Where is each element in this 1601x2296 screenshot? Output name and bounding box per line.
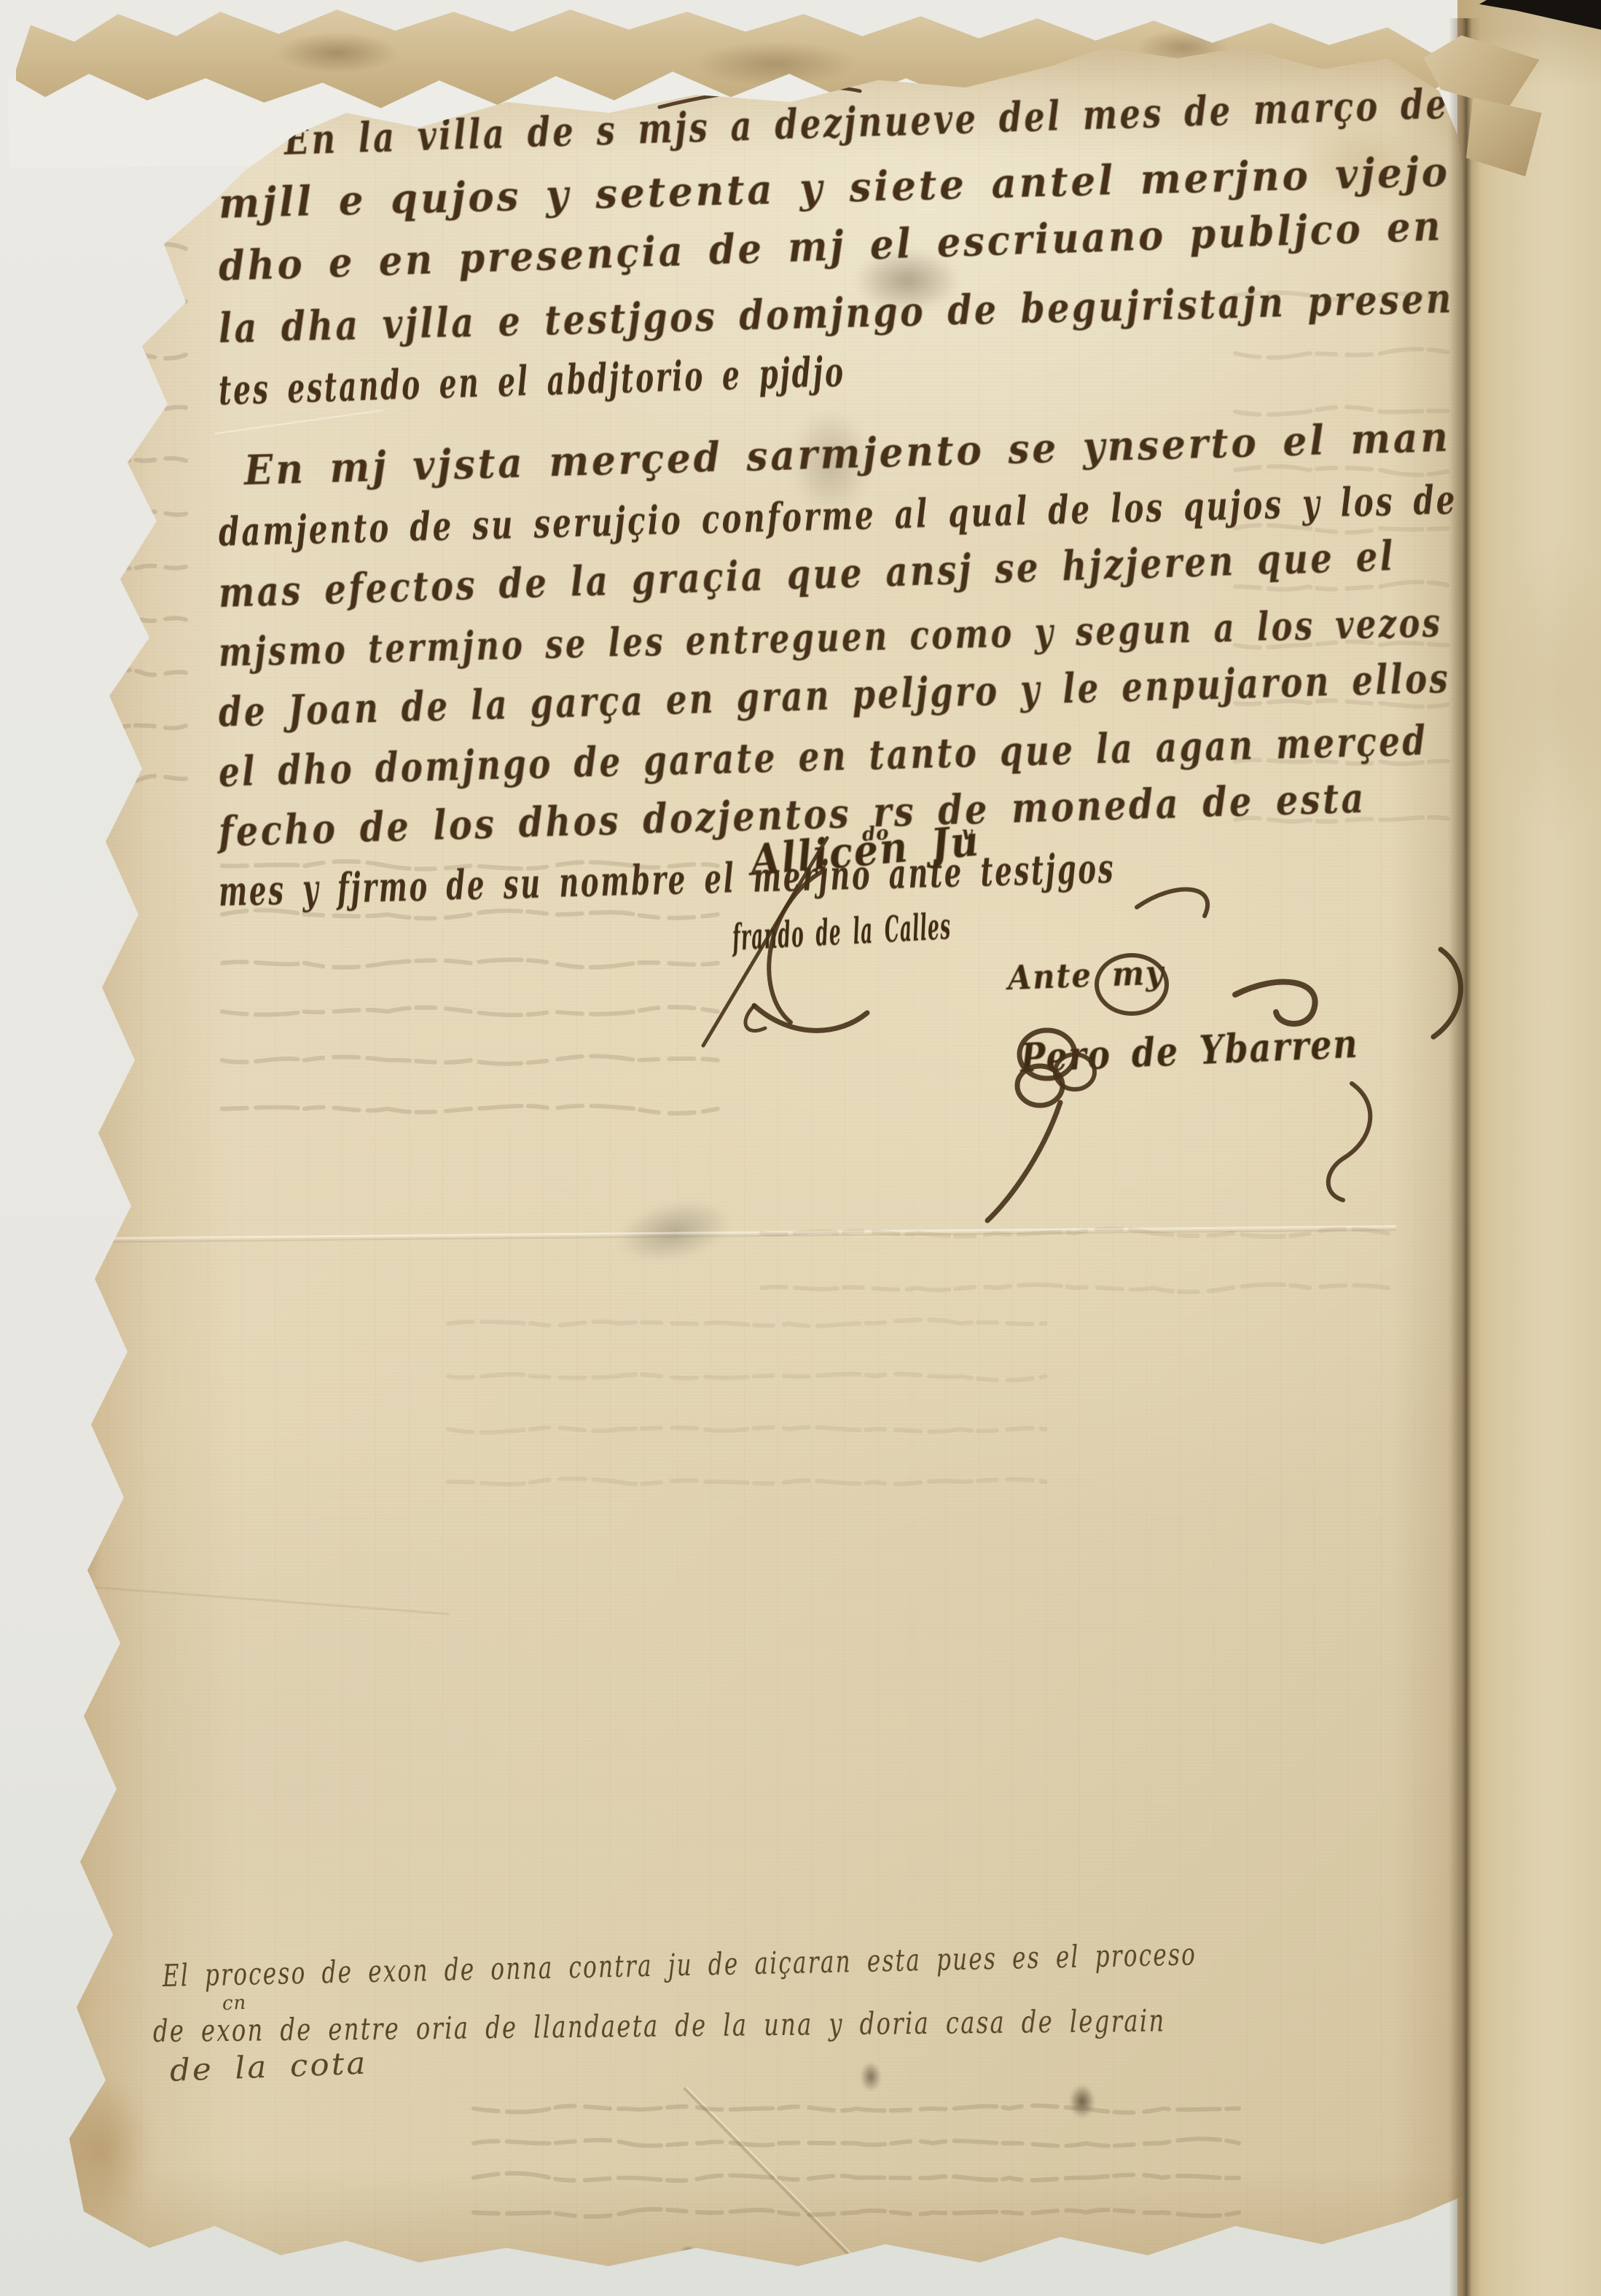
edge-stain [69,266,135,383]
docket-line: de la cota [169,2045,368,2088]
ink-blot [858,2058,884,2095]
ink-blot [1066,2080,1098,2123]
edge-stain [55,434,106,579]
recto-manuscript-page: + En la villa de s mjs a dezjnueve del m… [40,26,1472,2270]
ink-dot [678,2244,700,2260]
signature-notary: Pero de Ybarren [1019,1020,1360,1081]
verso-page [1457,0,1601,2296]
manuscript-line: la dha vjlla e testjgos domjngo de beguj… [218,275,1454,353]
signature-francisco: frando de la Calles [731,904,952,959]
manuscript-photo: + En la villa de s mjs a dezjnueve del m… [0,0,1601,2296]
docket-line: de exon de entre oria de llandaeta de la… [153,2002,1166,2049]
ante-mi-label: Ante my [1007,953,1165,998]
docket-line: El proceso de exon de onna contra ju de … [162,1936,1197,1994]
docket-superscript: cn [222,1992,246,2015]
corner-stain [40,2051,164,2248]
manuscript-line: tes estando en el abdjtorio e pjdjo [218,348,846,415]
edge-stain [60,1446,107,1636]
gray-smudge [587,1175,761,1287]
manuscript-line: mes y fjrmo de su nombre el merjno ante … [218,845,1116,916]
